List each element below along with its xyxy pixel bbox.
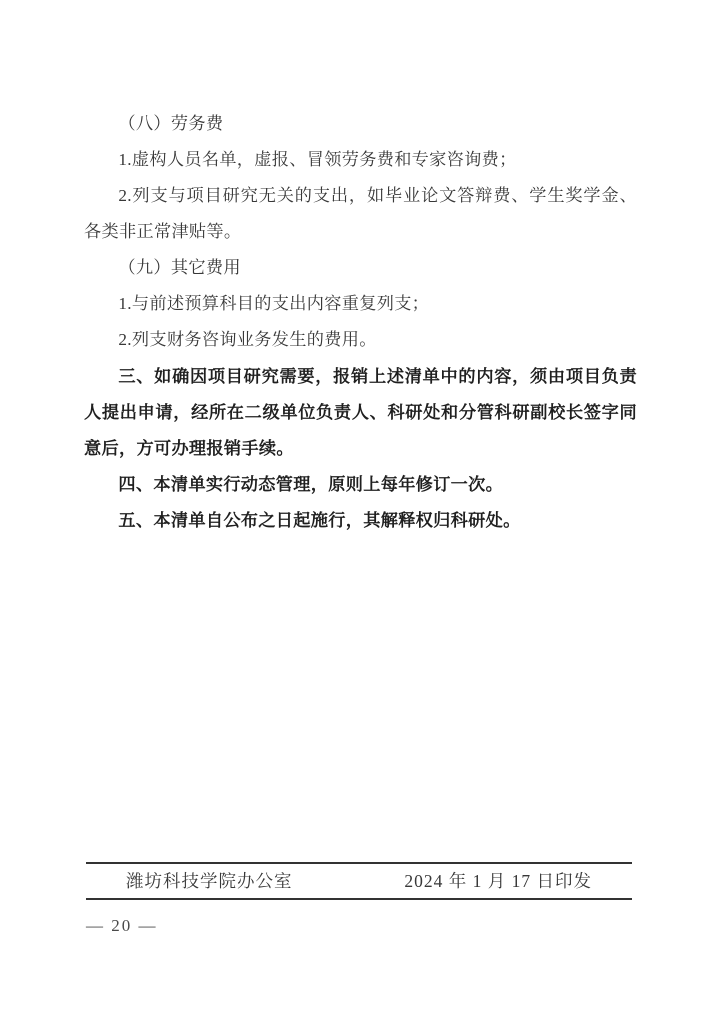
paragraph-item-8-heading: （八）劳务费 xyxy=(84,106,637,142)
paragraph-clause-4: 四、本清单实行动态管理，原则上每年修订一次。 xyxy=(84,466,637,502)
footer-issuer: 潍坊科技学院办公室 xyxy=(126,868,293,893)
paragraph-item-9-heading: （九）其它费用 xyxy=(84,250,637,286)
paragraph-item-8-sub-2: 2.列支与项目研究无关的支出，如毕业论文答辩费、学生奖学金、各类非正常津贴等。 xyxy=(84,178,637,250)
page-footer: 潍坊科技学院办公室 2024 年 1 月 17 日印发 xyxy=(86,862,632,900)
paragraph-item-8-sub-1: 1.虚构人员名单，虚报、冒领劳务费和专家咨询费； xyxy=(84,142,637,178)
paragraph-clause-3: 三、如确因项目研究需要，报销上述清单中的内容，须由项目负责人提出申请，经所在二级… xyxy=(84,358,637,466)
document-page: （八）劳务费 1.虚构人员名单，虚报、冒领劳务费和专家咨询费； 2.列支与项目研… xyxy=(0,0,720,1018)
paragraph-clause-5: 五、本清单自公布之日起施行，其解释权归科研处。 xyxy=(84,502,637,538)
footer-print-date: 2024 年 1 月 17 日印发 xyxy=(404,868,592,893)
page-number: — 20 — xyxy=(86,916,158,936)
document-body: （八）劳务费 1.虚构人员名单，虚报、冒领劳务费和专家咨询费； 2.列支与项目研… xyxy=(84,106,637,538)
paragraph-item-9-sub-2: 2.列支财务咨询业务发生的费用。 xyxy=(84,322,637,358)
footer-rule-bottom xyxy=(86,898,632,900)
paragraph-item-9-sub-1: 1.与前述预算科目的支出内容重复列支； xyxy=(84,286,637,322)
footer-row: 潍坊科技学院办公室 2024 年 1 月 17 日印发 xyxy=(86,864,632,898)
